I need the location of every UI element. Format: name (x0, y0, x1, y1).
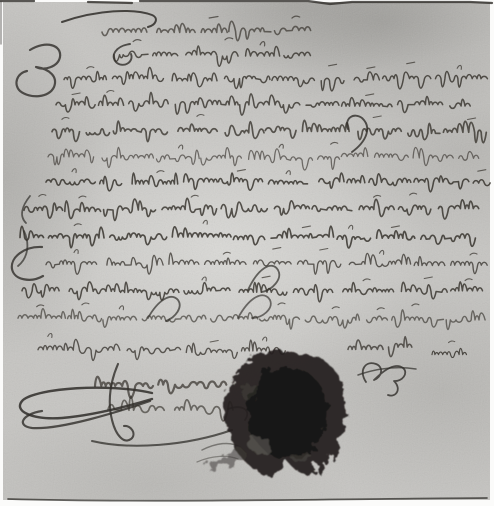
manuscript-ink-layer (0, 0, 494, 506)
wax-seal-texture-patch-3 (242, 382, 258, 402)
wax-seal-texture-patch-2 (290, 450, 310, 462)
manuscript-photograph (0, 0, 494, 506)
wax-seal-texture-patch-1 (247, 436, 271, 452)
